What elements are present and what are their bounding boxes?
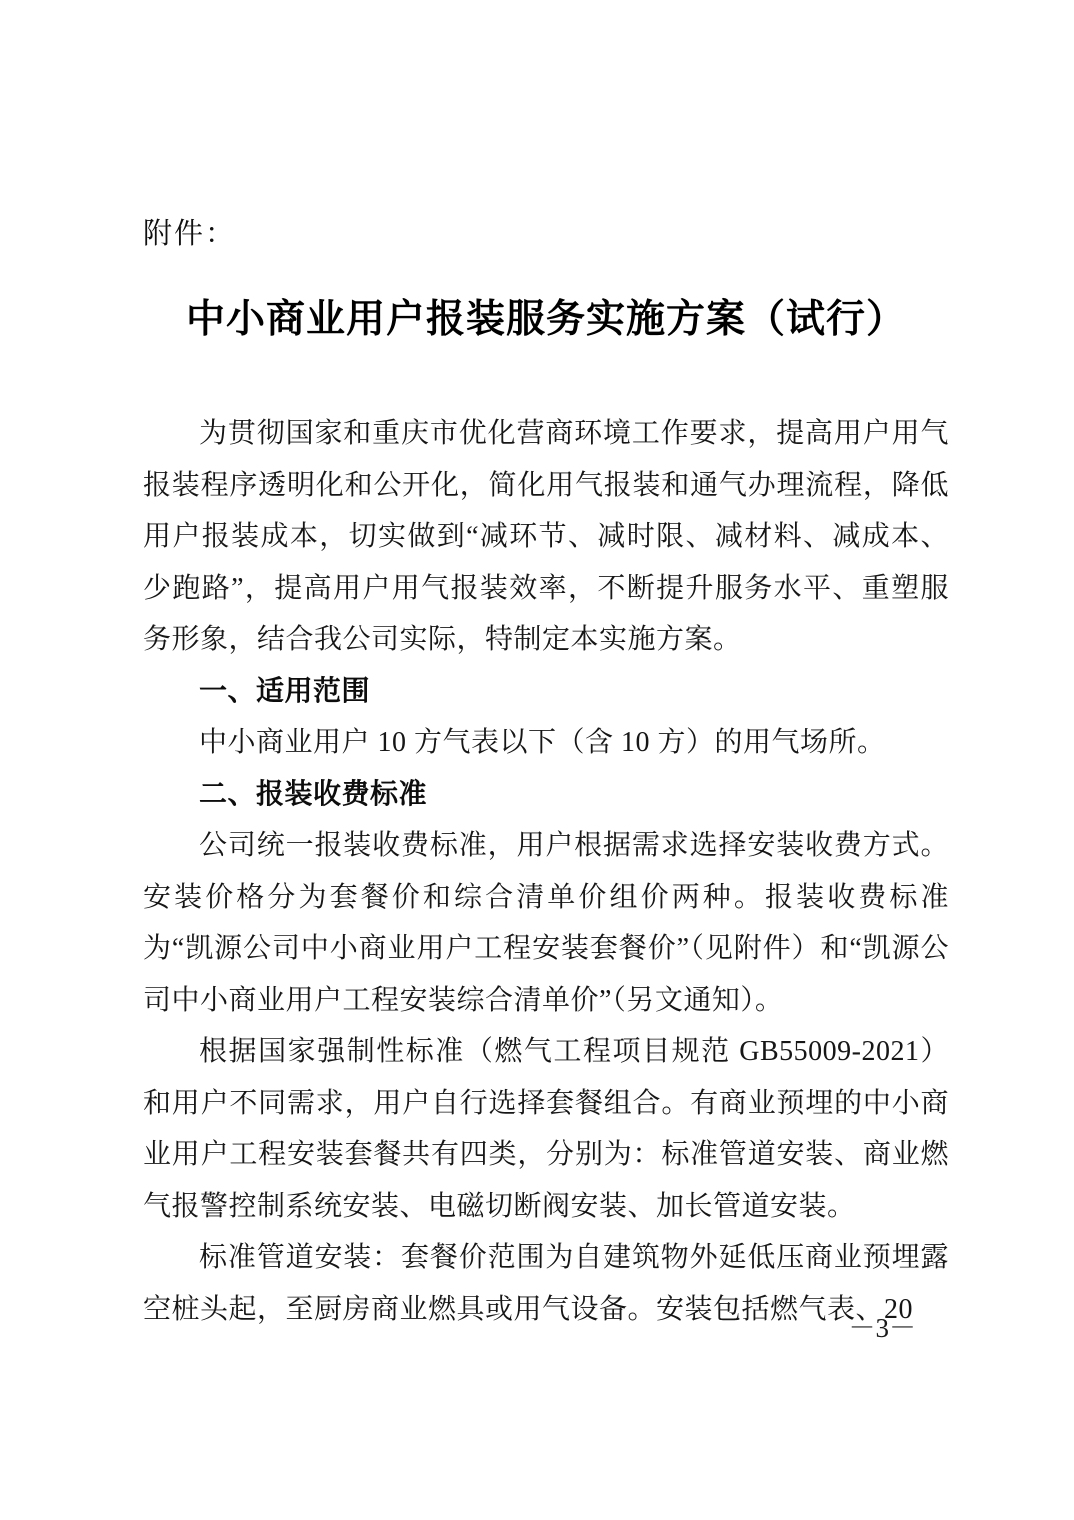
intro-paragraph: 为贯彻国家和重庆市优化营商环境工作要求，提高用户用气报装程序透明化和公开化，简化… <box>143 408 949 666</box>
page-number: －3－ <box>849 1308 917 1348</box>
section-heading-fee-standard: 二、报装收费标准 <box>143 769 949 821</box>
fee-standard-paragraph: 公司统一报装收费标准，用户根据需求选择安装收费方式。安装价格分为套餐价和综合清单… <box>143 820 949 1026</box>
document-body: 为贯彻国家和重庆市优化营商环境工作要求，提高用户用气报装程序透明化和公开化，简化… <box>143 408 949 1335</box>
attachment-label: 附件： <box>143 214 949 254</box>
document-page: 附件： 中小商业用户报装服务实施方案（试行） 为贯彻国家和重庆市优化营商环境工作… <box>0 0 1074 1520</box>
package-categories-paragraph: 根据国家强制性标准（燃气工程项目规范 GB55009-2021）和用户不同需求，… <box>143 1026 949 1232</box>
standard-pipe-paragraph: 标准管道安装：套餐价范围为自建筑物外延低压商业预埋露空桩头起，至厨房商业燃具或用… <box>143 1232 949 1335</box>
document-content: 附件： 中小商业用户报装服务实施方案（试行） 为贯彻国家和重庆市优化营商环境工作… <box>143 214 949 1335</box>
section-heading-scope: 一、适用范围 <box>143 666 949 718</box>
scope-paragraph: 中小商业用户 10 方气表以下（含 10 方）的用气场所。 <box>143 717 949 769</box>
page-title: 中小商业用户报装服务实施方案（试行） <box>143 292 949 348</box>
